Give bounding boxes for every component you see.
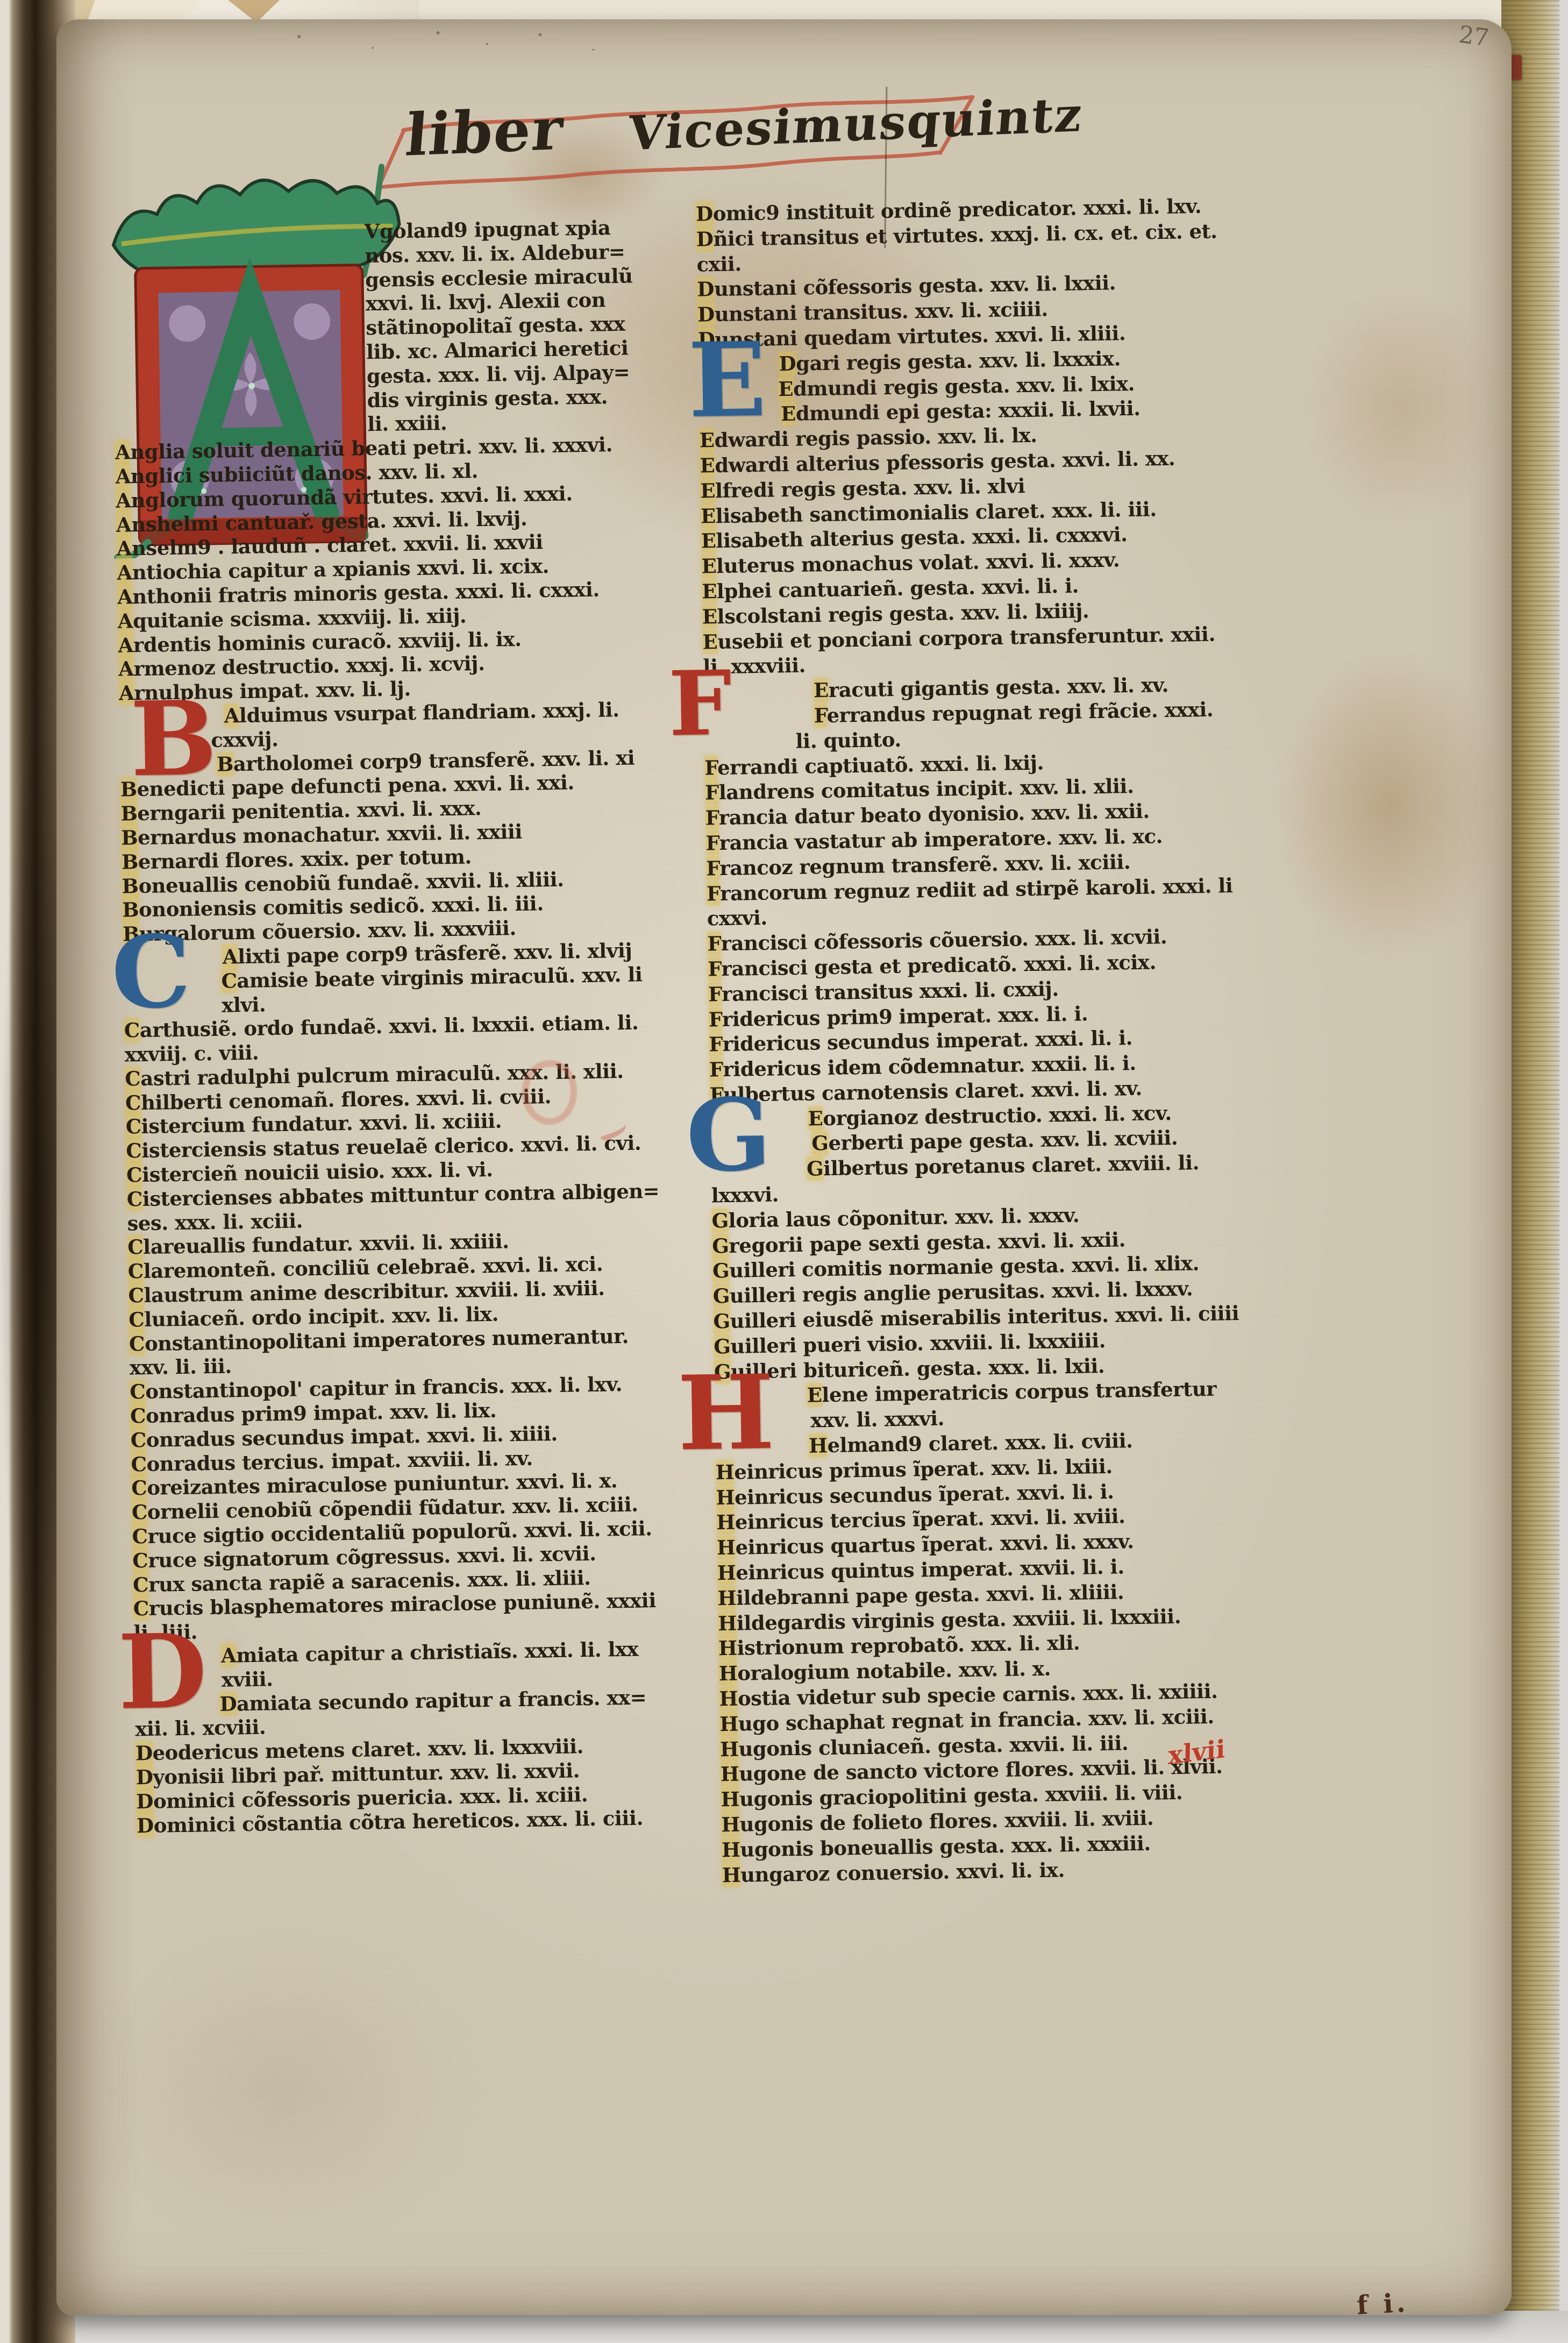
versal-capital: D — [696, 227, 714, 251]
versal-capital: A — [221, 1643, 237, 1667]
signature-mark: f i. — [1356, 2288, 1409, 2321]
versal-capital: A — [117, 585, 133, 608]
versal-capital: D — [697, 278, 714, 301]
versal-capital: B — [217, 752, 233, 776]
versal-capital: F — [705, 780, 719, 804]
versal-capital: F — [708, 1007, 722, 1031]
versal-capital: F — [709, 1032, 723, 1056]
versal-capital: H — [720, 1762, 739, 1786]
versal-capital: G — [712, 1234, 729, 1258]
versal-capital: C — [131, 1452, 147, 1476]
versal-capital: H — [722, 1863, 740, 1887]
versal-capital: A — [224, 704, 239, 727]
table-edge — [1559, 0, 1568, 2343]
lombard-initial-E: E — [688, 340, 767, 421]
versal-capital: F — [705, 831, 719, 855]
versal-capital: H — [716, 1510, 735, 1535]
versal-capital: C — [126, 1163, 142, 1187]
photo-scene: liber Vicesimusquintz — [0, 0, 1568, 2343]
versal-capital: C — [128, 1259, 144, 1283]
versal-capital: C — [133, 1573, 149, 1596]
versal-capital: D — [219, 1692, 237, 1715]
versal-capital: F — [814, 704, 826, 727]
versal-capital: G — [807, 1156, 824, 1180]
versal-capital: A — [115, 464, 131, 488]
page-content: liber Vicesimusquintz — [39, 7, 1530, 2325]
versal-capital: F — [704, 756, 717, 779]
versal-capital: C — [130, 1380, 146, 1403]
lombard-initial-G: G — [686, 1096, 772, 1175]
versal-capital: A — [117, 560, 132, 584]
versal-capital: B — [120, 801, 137, 825]
left-column: Vgoland9 ipugnat xpianos. xxv. li. ix. A… — [111, 215, 669, 1838]
versal-capital: H — [719, 1712, 738, 1736]
versal-capital: F — [705, 806, 719, 829]
running-header: liber Vicesimusquintz — [354, 75, 1028, 198]
versal-capital: E — [701, 529, 716, 553]
manuscript-page: liber Vicesimusquintz — [56, 19, 1512, 2315]
versal-capital: H — [721, 1787, 739, 1812]
versal-capital: C — [129, 1308, 145, 1331]
versal-capital: C — [130, 1428, 146, 1452]
versal-capital: A — [115, 440, 131, 464]
versal-capital: A — [118, 657, 134, 681]
versal-capital: E — [702, 630, 717, 654]
versal-capital: G — [712, 1284, 730, 1308]
versal-capital: H — [716, 1485, 735, 1509]
versal-capital: H — [809, 1433, 828, 1458]
versal-capital: G — [712, 1259, 730, 1282]
lombard-initial-H: H — [677, 1373, 775, 1454]
versal-capital: C — [128, 1283, 144, 1307]
versal-capital: C — [131, 1476, 147, 1500]
versal-capital: C — [132, 1500, 148, 1524]
versal-capital: C — [130, 1404, 146, 1428]
versal-capital: A — [116, 488, 131, 512]
versal-capital: E — [700, 479, 715, 502]
versal-capital: D — [779, 352, 796, 375]
versal-capital: A — [118, 633, 133, 657]
versal-capital: C — [125, 1067, 141, 1090]
versal-capital: H — [720, 1737, 739, 1761]
versal-capital: E — [701, 554, 716, 578]
versal-capital: B — [122, 874, 138, 898]
lombard-initial-F: F — [668, 669, 732, 739]
versal-capital: A — [222, 945, 238, 968]
right-column: Domic9 instituit ordinẽ predicator. xxxi… — [696, 194, 1249, 1888]
versal-capital: H — [717, 1536, 736, 1560]
versal-capital: C — [127, 1236, 144, 1259]
versal-capital: A — [116, 513, 132, 536]
versal-capital: C — [129, 1332, 145, 1355]
versal-capital: C — [132, 1524, 148, 1548]
versal-capital: G — [713, 1309, 730, 1333]
versal-capital: A — [118, 609, 133, 633]
versal-capital: H — [718, 1611, 737, 1635]
header-word-liber: liber — [403, 95, 566, 169]
versal-capital: F — [708, 957, 722, 981]
versal-capital: F — [707, 932, 721, 955]
versal-capital: E — [814, 678, 829, 702]
versal-capital: F — [707, 882, 721, 905]
versal-capital: H — [717, 1561, 736, 1585]
versal-capital: F — [706, 856, 720, 880]
versal-capital: H — [718, 1662, 737, 1686]
versal-capital: H — [718, 1636, 737, 1660]
versal-capital: H — [721, 1813, 740, 1837]
versal-capital: A — [116, 537, 132, 560]
versal-capital: E — [700, 453, 715, 477]
versal-capital: E — [781, 402, 796, 425]
versal-capital: H — [717, 1586, 736, 1610]
lombard-initial-C: C — [111, 933, 191, 1012]
versal-capital: D — [696, 202, 713, 225]
versal-capital: G — [711, 1209, 729, 1232]
versal-capital: C — [125, 1115, 141, 1139]
versal-capital: B — [122, 850, 138, 874]
versal-capital: D — [136, 1790, 153, 1813]
versal-capital: B — [121, 826, 138, 849]
folio-number: 27 — [1457, 21, 1491, 52]
versal-capital: C — [126, 1139, 142, 1162]
versal-capital: D — [137, 1813, 154, 1837]
versal-capital: H — [722, 1838, 740, 1862]
versal-capital: D — [136, 1765, 153, 1789]
versal-capital: C — [126, 1187, 142, 1211]
versal-capital: D — [136, 1741, 153, 1765]
versal-capital: E — [702, 605, 717, 628]
lombard-initial-D: D — [117, 1631, 207, 1713]
versal-capital: C — [221, 969, 237, 992]
versal-capital: G — [811, 1131, 829, 1155]
versal-capital: H — [719, 1687, 738, 1711]
versal-capital: E — [702, 579, 717, 603]
versal-capital: E — [778, 377, 793, 400]
versal-capital: C — [132, 1549, 148, 1572]
versal-capital: E — [807, 1383, 822, 1407]
versal-capital: C — [125, 1091, 141, 1114]
versal-capital: F — [708, 982, 722, 1006]
lombard-initial-B: B — [130, 699, 217, 780]
versal-capital: E — [701, 504, 716, 528]
versal-capital: E — [808, 1106, 823, 1130]
